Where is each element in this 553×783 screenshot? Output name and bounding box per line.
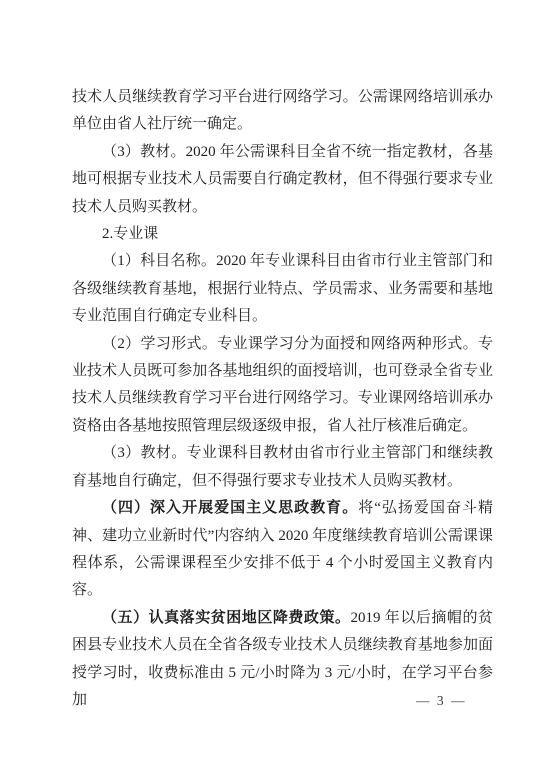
document-body: 技术人员继续教育学习平台进行网络学习。公需课网络培训承办单位由省人社厅统一确定。… xyxy=(72,84,493,714)
text-segment: 技术人员继续教育学习平台进行网络学习。公需课网络培训承办单位由省人社厅统一确定。 xyxy=(72,89,493,132)
heading-text-segment: （四）深入开展爱国主义思政教育。 xyxy=(102,500,358,516)
text-segment: （3）教材。2020 年公需课科目全省不统一指定教材，各基地可根据专业技术人员需… xyxy=(72,144,493,215)
document-page: 技术人员继续教育学习平台进行网络学习。公需课网络培训承办单位由省人社厅统一确定。… xyxy=(0,0,553,783)
paragraph: （1）科目名称。2020 年专业课科目由省市行业主管部门和各级继续教育基地，根据… xyxy=(72,248,493,330)
text-segment: 2.专业课 xyxy=(102,226,158,242)
paragraph: 技术人员继续教育学习平台进行网络学习。公需课网络培训承办单位由省人社厅统一确定。 xyxy=(72,84,493,139)
text-segment: （2）学习形式。专业课学习分为面授和网络两种形式。专业技术人员既可参加各基地组织… xyxy=(72,336,493,434)
text-segment: （3）教材。专业课科目教材由省市行业主管部门和继续教育基地自行确定，但不得强行要… xyxy=(72,445,493,488)
heading-text-segment: （五）认真落实贫困地区降费政策。 xyxy=(102,610,351,626)
paragraph: （四）深入开展爱国主义思政教育。将“弘扬爱国奋斗精神、建功立业新时代”内容纳入 … xyxy=(72,495,493,605)
paragraph: 2.专业课 xyxy=(72,221,493,248)
paragraph: （3）教材。专业课科目教材由省市行业主管部门和继续教育基地自行确定，但不得强行要… xyxy=(72,440,493,495)
paragraph: （3）教材。2020 年公需课科目全省不统一指定教材，各基地可根据专业技术人员需… xyxy=(72,139,493,221)
paragraph: （2）学习形式。专业课学习分为面授和网络两种形式。专业技术人员既可参加各基地组织… xyxy=(72,331,493,441)
text-segment: （1）科目名称。2020 年专业课科目由省市行业主管部门和各级继续教育基地，根据… xyxy=(72,253,493,324)
page-number: — 3 — xyxy=(416,693,467,709)
